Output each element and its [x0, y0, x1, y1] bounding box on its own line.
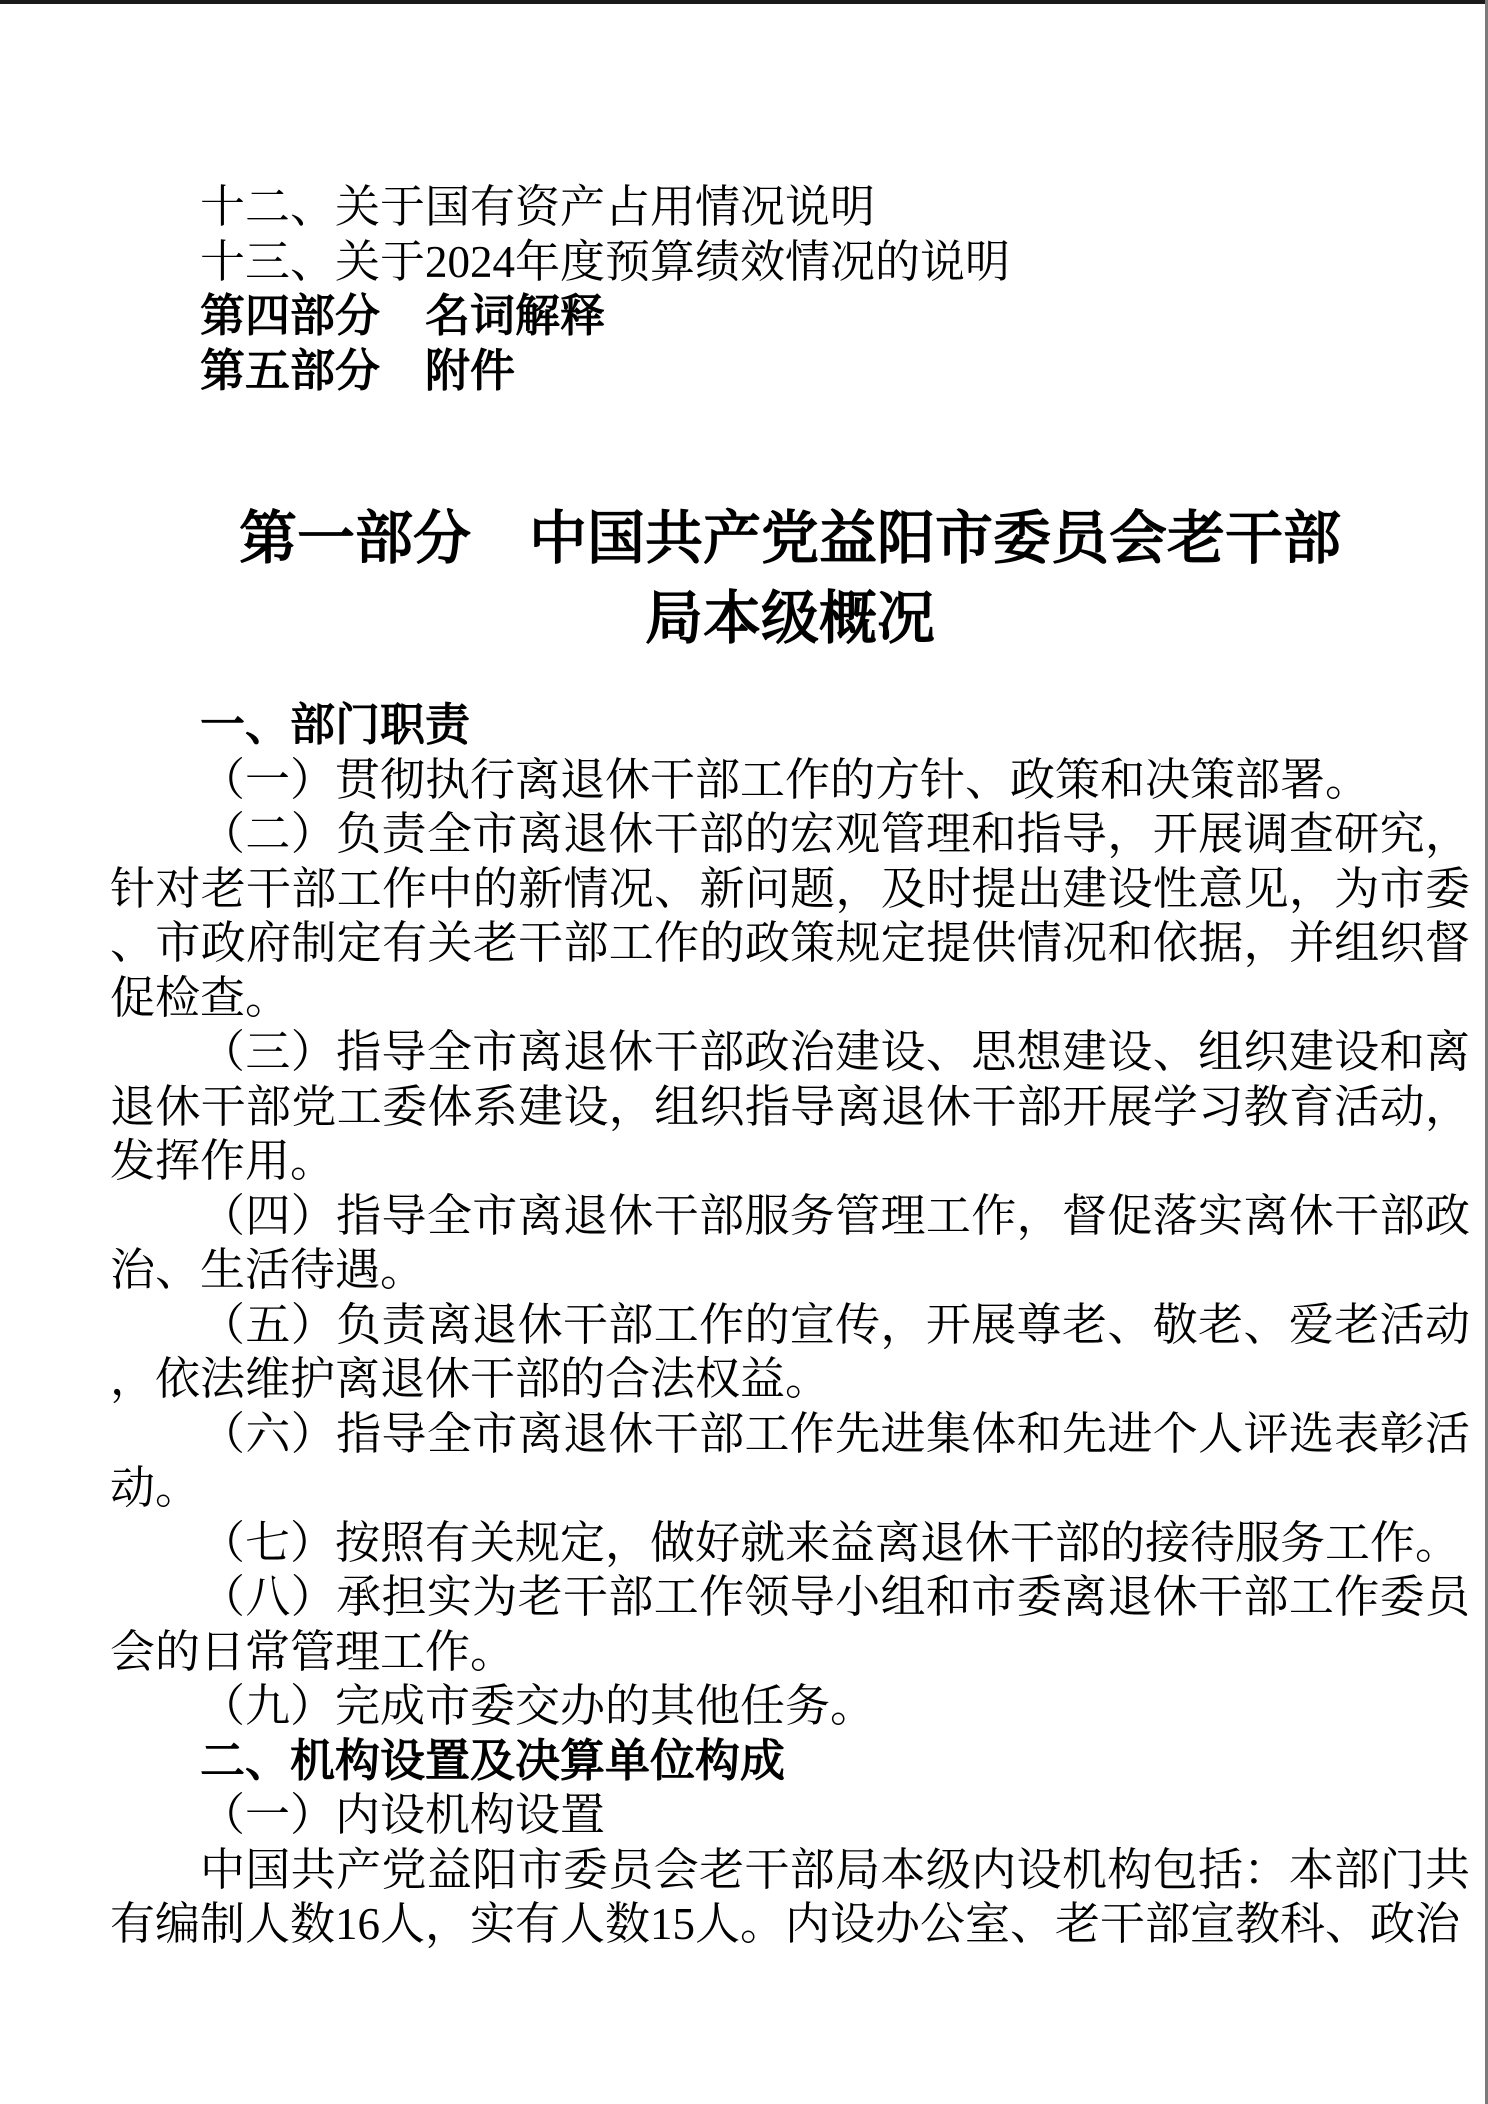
body-section: 一、部门职责 （一）贯彻执行离退休干部工作的方针、政策和决策部署。 （二）负责全…: [110, 698, 1470, 1952]
part-one-title-line-1: 第一部分 中国共产党益阳市委员会老干部: [110, 499, 1470, 579]
paragraph: 二、机构设置及决算单位构成: [110, 1734, 1470, 1789]
toc-section: 十二、关于国有资产占用情况说明 十三、关于2024年度预算绩效情况的说明 第四部…: [110, 180, 1470, 398]
paragraph: 中国共产党益阳市委员会老干部局本级内设机构包括：本部门共有编制人数16人，实有人…: [110, 1843, 1470, 1952]
document-page: 十二、关于国有资产占用情况说明 十三、关于2024年度预算绩效情况的说明 第四部…: [0, 0, 1488, 2104]
paragraph: （七）按照有关规定，做好就来益离退休干部的接待服务工作。: [110, 1516, 1470, 1571]
paragraph: 一、部门职责: [110, 698, 1470, 753]
paragraph: （五）负责离退休干部工作的宣传，开展尊老、敬老、爱老活动，依法维护离退休干部的合…: [110, 1298, 1470, 1407]
part-one-title: 第一部分 中国共产党益阳市委员会老干部 局本级概况: [110, 499, 1470, 659]
part-one-title-line-2: 局本级概况: [110, 579, 1470, 659]
toc-line: 十二、关于国有资产占用情况说明: [110, 180, 1470, 235]
toc-line: 第五部分 附件: [110, 344, 1470, 399]
paragraph: （四）指导全市离退休干部服务管理工作，督促落实离休干部政治、生活待遇。: [110, 1189, 1470, 1298]
paragraph: （三）指导全市离退休干部政治建设、思想建设、组织建设和离退休干部党工委体系建设，…: [110, 1025, 1470, 1189]
page-content: 十二、关于国有资产占用情况说明 十三、关于2024年度预算绩效情况的说明 第四部…: [110, 0, 1470, 1952]
paragraph: （八）承担实为老干部工作领导小组和市委离退休干部工作委员会的日常管理工作。: [110, 1570, 1470, 1679]
scan-top-edge: [0, 0, 1488, 4]
paragraph: （二）负责全市离退休干部的宏观管理和指导，开展调查研究，针对老干部工作中的新情况…: [110, 807, 1470, 1025]
paragraph: （一）内设机构设置: [110, 1788, 1470, 1843]
paragraph: （九）完成市委交办的其他任务。: [110, 1679, 1470, 1734]
paragraph: （六）指导全市离退休干部工作先进集体和先进个人评选表彰活动。: [110, 1407, 1470, 1516]
paragraph: （一）贯彻执行离退休干部工作的方针、政策和决策部署。: [110, 753, 1470, 808]
toc-line: 第四部分 名词解释: [110, 289, 1470, 344]
toc-line: 十三、关于2024年度预算绩效情况的说明: [110, 235, 1470, 290]
